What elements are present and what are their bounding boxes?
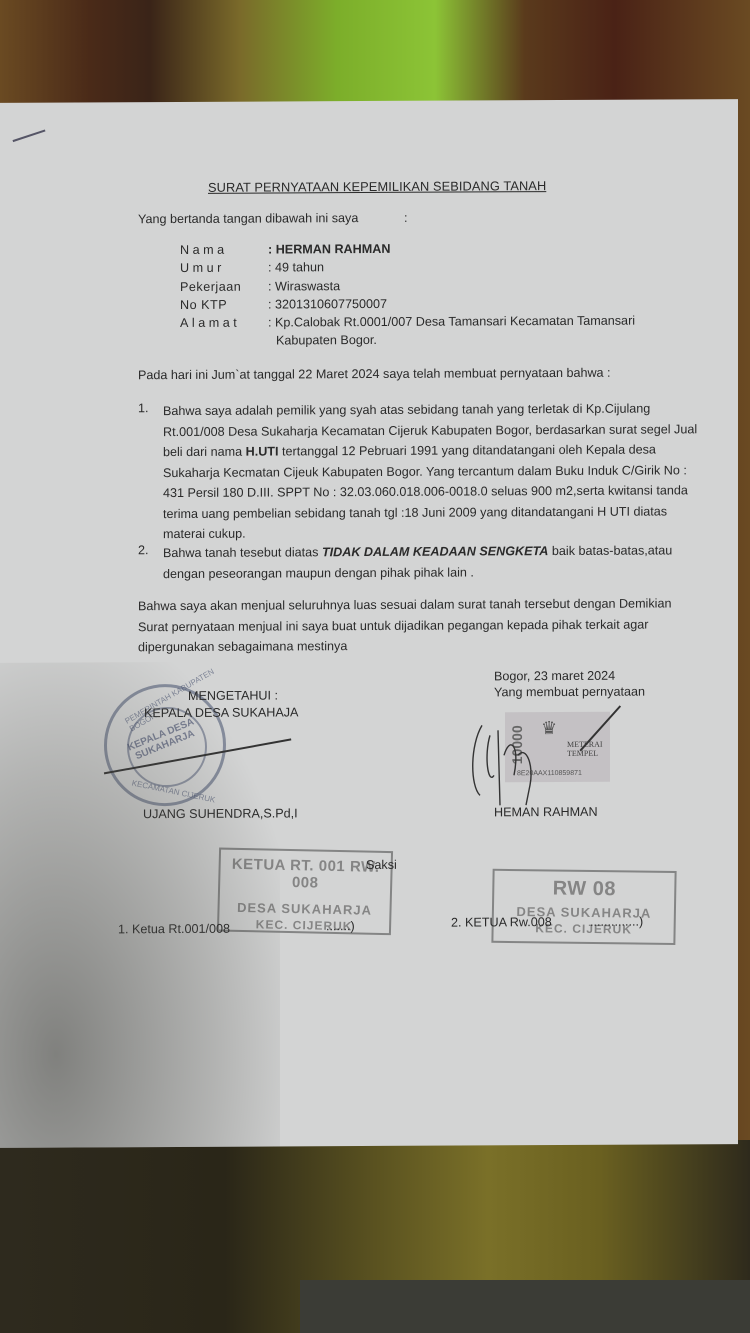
statement-intro: Pada hari ini Jum`at tanggal 22 Maret 20… — [138, 364, 611, 384]
declarant-name: HEMAN RAHMAN — [494, 803, 598, 822]
field-label-pekerjaan: Pekerjaan — [180, 278, 241, 296]
witness-1: 1. Ketua Rt.001/008 — [118, 920, 230, 939]
document-page: SURAT PERNYATAAN KEPEMILIKAN SEBIDANG TA… — [0, 99, 738, 1148]
field-value-pekerjaan: : Wiraswasta — [268, 277, 340, 295]
field-label-nama: Nama — [180, 241, 228, 259]
field-label-ktp: No KTP — [180, 296, 227, 314]
field-value-nama: : HERMAN RAHMAN — [268, 240, 390, 259]
statement-item-1: 1. Bahwa saya adalah pemilik yang syah a… — [138, 398, 698, 401]
village-head-name: UJANG SUHENDRA,S.Pd,I — [143, 804, 298, 823]
field-value-alamat-cont: Kabupaten Bogor. — [276, 331, 377, 350]
field-label-umur: Umur — [180, 259, 225, 277]
background-surface — [300, 1280, 750, 1333]
document-title: SURAT PERNYATAAN KEPEMILIKAN SEBIDANG TA… — [208, 178, 546, 195]
garuda-emblem-icon: ♛ — [541, 718, 557, 739]
acknowledged-heading: MENGETAHUI : — [188, 686, 278, 704]
witness-2-dots: ..............) — [590, 913, 643, 931]
field-value-alamat: : Kp.Calobak Rt.0001/007 Desa Tamansari … — [268, 312, 635, 332]
declarant-signature — [470, 715, 540, 810]
intro-line: Yang bertanda tangan dibawah ini saya : — [138, 209, 358, 228]
witness-1-dots: .......) — [326, 917, 355, 935]
field-value-ktp: : 3201310607750007 — [268, 295, 387, 314]
field-label-alamat: Alamat — [180, 314, 240, 332]
rw-stamp: RW 08 DESA SUKAHARJA KEC. CIJERUK — [491, 869, 676, 945]
field-value-umur: : 49 tahun — [268, 258, 324, 276]
closing-paragraph: Bahwa saya akan menjual seluruhnya luas … — [138, 593, 698, 657]
village-head-role: KEPALA DESA SUKAHAJA — [144, 703, 298, 722]
declarant-role: Yang membuat pernyataan — [494, 683, 645, 702]
witness-heading: Saksi — [366, 856, 397, 874]
witness-2: 2. KETUA Rw.008 — [451, 913, 552, 932]
